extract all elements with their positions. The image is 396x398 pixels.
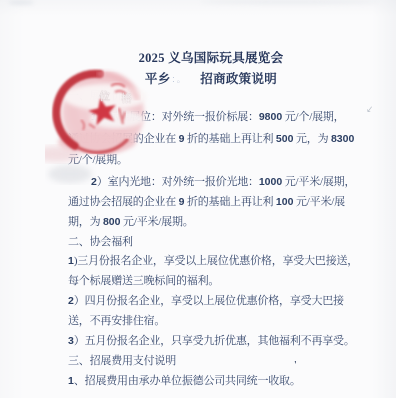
- doc-line: 三、招展费用支付说明: [68, 355, 176, 368]
- numeric-text: 9800: [259, 111, 282, 123]
- numeric-text: 9: [179, 196, 185, 208]
- pen-mark: ↙: [365, 105, 374, 116]
- doc-line: 2）四月份报名企业，享受以上展位优惠价格，享受大巴接: [68, 295, 344, 308]
- doc-line: 二、协会福利: [68, 236, 133, 249]
- numeric-text: 2: [68, 295, 74, 307]
- doc-line: 送，不再安排住宿。: [68, 315, 165, 328]
- doc-line: 每个标展赠送三晚标间的福利。: [68, 275, 219, 288]
- subtitle-prefix: 平乡: [145, 72, 171, 86]
- numeric-text: 8300: [331, 133, 354, 145]
- numeric-text: 500: [276, 133, 294, 145]
- numeric-text: 800: [103, 216, 121, 228]
- doc-line: 2）室内光地：对外统一报价光地：1000 元/平米/展期，: [91, 176, 355, 189]
- subtitle-main: 招商政策说明: [200, 72, 277, 86]
- subtitle-faded-text: ：。: [172, 74, 187, 84]
- doc-line: 通过协会招展的企业在 9 折的基础上再让利 100 元/平米/展: [68, 196, 345, 209]
- scan-smudge: [8, 0, 34, 5]
- doc-line: 期，为 800 元/平米/展期。: [68, 216, 194, 229]
- doc-line: 1)三月份报名企业，享受以上展位优惠价格，享受大巴接送，: [68, 255, 358, 268]
- doc-line: 一、展位价格: [68, 90, 133, 103]
- scanned-document-page: 2025 义乌国际玩具展览会 平乡：。招商政策说明 一、展位价格1）标准展位：对…: [0, 0, 396, 398]
- scan-smudge: [48, 165, 92, 183]
- doc-line: 1、招展费用由承办单位振德公司共同统一收取。: [68, 375, 301, 388]
- numeric-text: 1000: [259, 176, 282, 188]
- doc-line: 元/个/展期。: [68, 154, 128, 167]
- scan-smudge: [200, 0, 380, 4]
- numeric-text: 3: [68, 335, 74, 347]
- numeric-text: 1: [91, 111, 97, 123]
- document-title: 2025 义乌国际玩具展览会: [0, 48, 396, 66]
- document-subtitle: 平乡：。招商政策说明: [0, 69, 396, 87]
- numeric-text: 1: [68, 375, 74, 387]
- doc-line: 3）五月份报名企业，只享受九折优惠，其他福利不再享受。: [68, 335, 355, 348]
- doc-line: 1）标准展位：对外统一报价标展：9800 元/个/展期，: [91, 111, 344, 124]
- ink-dot-mark: ': [294, 360, 297, 371]
- numeric-text: 2025: [139, 51, 165, 65]
- numeric-text: 2: [91, 176, 97, 188]
- numeric-text: 100: [276, 196, 294, 208]
- numeric-text: 1: [68, 255, 74, 267]
- numeric-text: 9: [179, 133, 185, 145]
- doc-line: 通过协会招展的企业在 9 折的基础上再让利 500 元，为 8300: [68, 133, 354, 146]
